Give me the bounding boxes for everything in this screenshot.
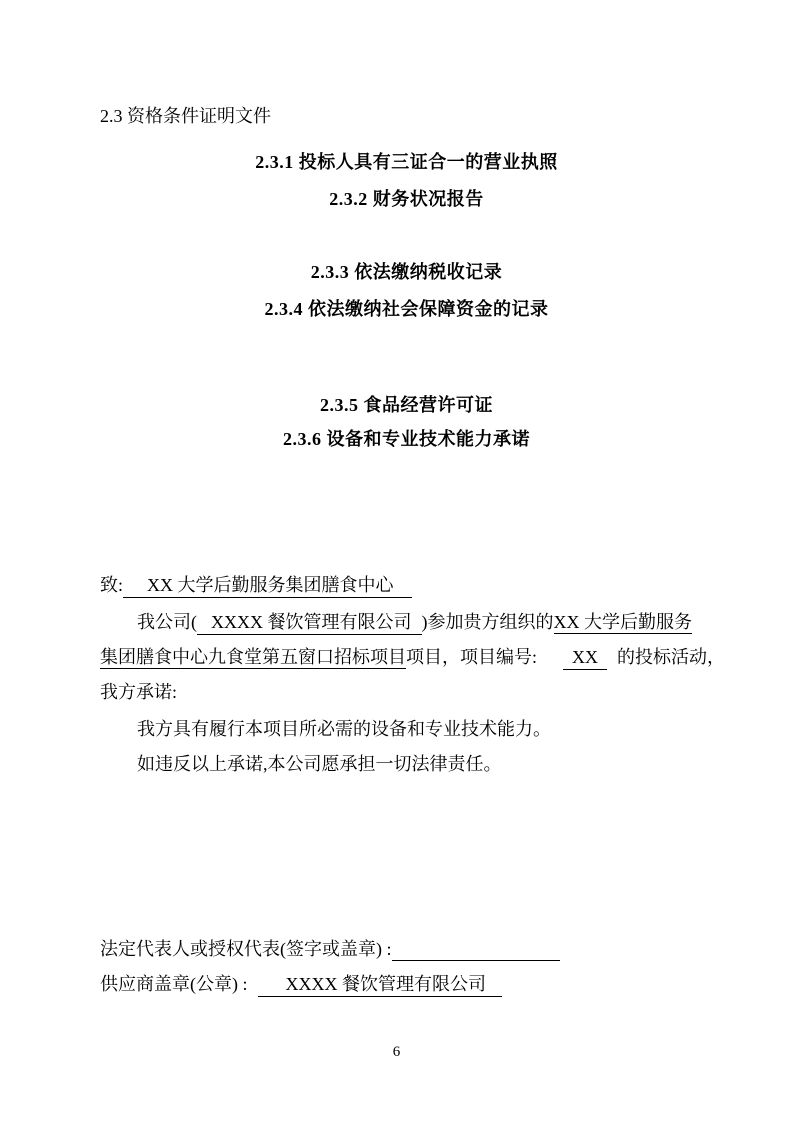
body2-middle: 项目，项目编号: xyxy=(406,647,537,667)
subheading-2-3-3: 2.3.3 依法缴纳税收记录 xyxy=(100,260,713,284)
to-recipient-underlined: XX 大学后勤服务集团膳食中心 xyxy=(123,574,412,598)
body2-head-underlined: 集团膳食中心九食堂第五窗口招标项目 xyxy=(100,646,406,669)
subheading-2-3-4: 2.3.4 依法缴纳社会保障资金的记录 xyxy=(100,297,713,321)
promise-lead-line: 我方承诺: xyxy=(100,680,713,704)
page-number: 6 xyxy=(0,1042,793,1062)
to-label: 致: xyxy=(100,575,123,595)
company-name-underlined: XXXX 餐饮管理有限公司 xyxy=(197,611,422,635)
subheading-2-3-6: 2.3.6 设备和专业技术能力承诺 xyxy=(100,427,713,451)
supplier-seal-line: 供应商盖章(公章) :XXXX 餐饮管理有限公司 xyxy=(100,972,713,997)
subheading-2-3-2: 2.3.2 财务状况报告 xyxy=(100,187,713,211)
subheading-2-3-5: 2.3.5 食品经营许可证 xyxy=(100,393,713,417)
promise-line-2: 如违反以上承诺,本公司愿承担一切法律责任。 xyxy=(100,752,750,776)
body1-middle: )参加贵方组织的 xyxy=(422,612,554,632)
body2-tail: 的投标活动， xyxy=(617,647,725,667)
letter-body-line-2: 集团膳食中心九食堂第五窗口招标项目项目，项目编号:XX的投标活动， xyxy=(100,645,713,670)
legal-representative-line: 法定代表人或授权代表(签字或盖章) : xyxy=(100,937,713,961)
supplier-name-underlined: XXXX 餐饮管理有限公司 xyxy=(258,973,503,997)
document-page: 2.3 资格条件证明文件 2.3.1 投标人具有三证合一的营业执照 2.3.2 … xyxy=(0,0,793,1122)
letter-body-line-1: 我公司(XXXX 餐饮管理有限公司)参加贵方组织的XX 大学后勤服务 xyxy=(100,610,750,635)
signature-blank-underline xyxy=(392,938,560,961)
body1-tail-underlined: XX 大学后勤服务 xyxy=(554,611,693,634)
legal-rep-label: 法定代表人或授权代表(签字或盖章) : xyxy=(100,939,392,959)
promise-line-1: 我方具有履行本项目所必需的设备和专业技术能力。 xyxy=(100,717,750,741)
project-number-underlined: XX xyxy=(563,646,607,670)
supplier-seal-label: 供应商盖章(公章) : xyxy=(100,974,248,994)
subheading-2-3-1: 2.3.1 投标人具有三证合一的营业执照 xyxy=(100,150,713,174)
section-heading: 2.3 资格条件证明文件 xyxy=(100,104,713,128)
letter-to-line: 致:XX 大学后勤服务集团膳食中心 xyxy=(100,573,713,598)
body1-prefix: 我公司( xyxy=(137,612,197,632)
